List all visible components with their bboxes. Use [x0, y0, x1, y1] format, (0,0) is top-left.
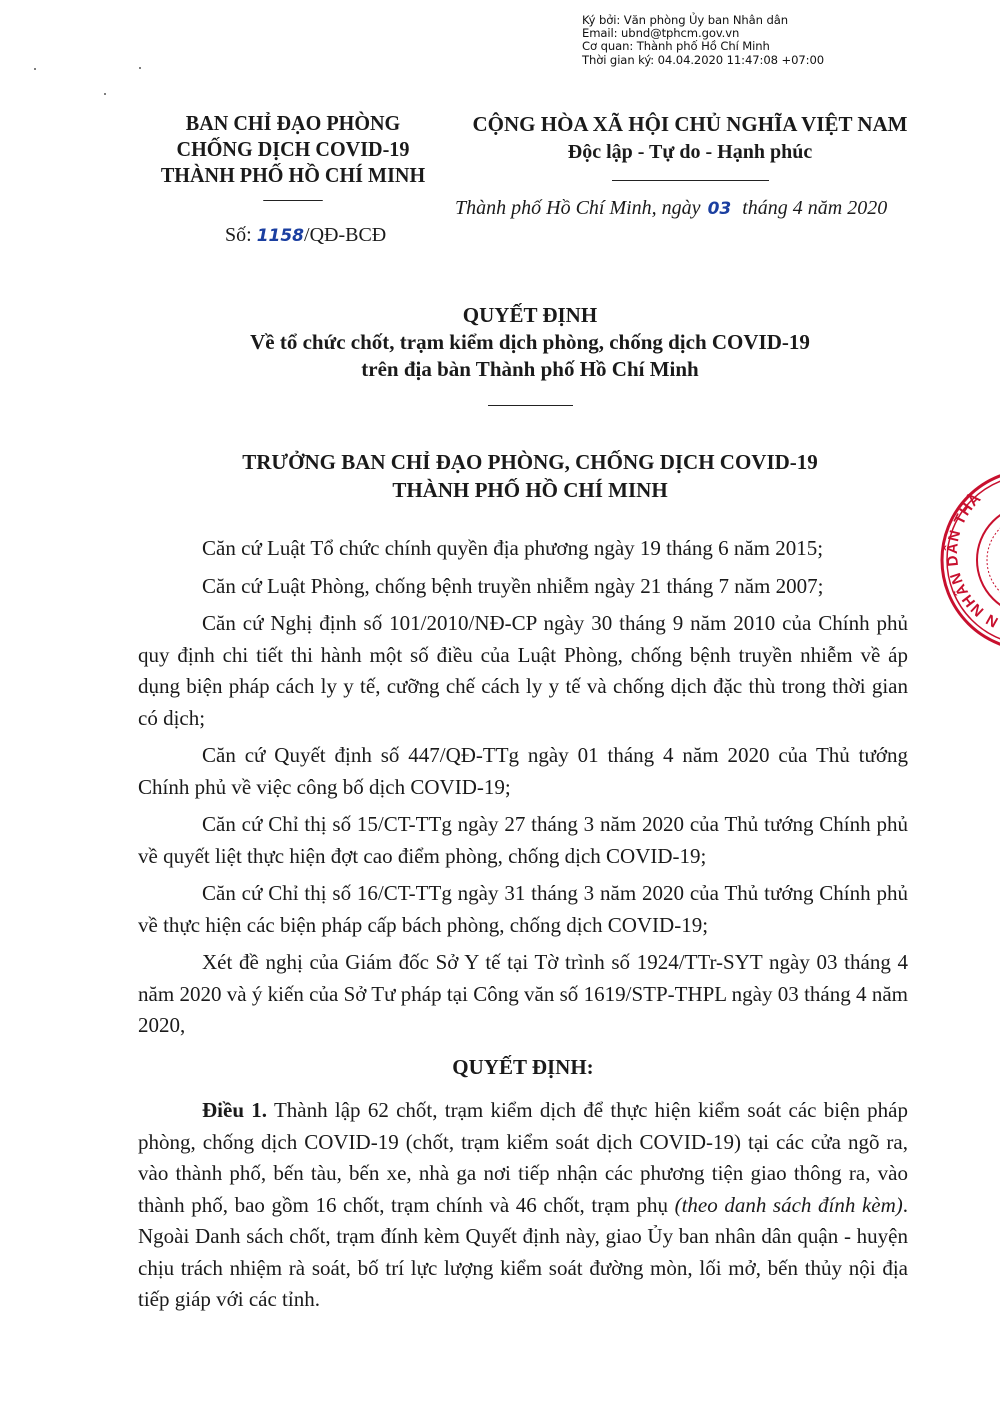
title-heading: QUYẾT ĐỊNH: [130, 302, 930, 329]
date-prefix: Thành phố Hồ Chí Minh, ngày: [455, 197, 706, 219]
svg-text:BAN NHÂN DÂN THÀ: BAN NHÂN DÂN THÀ: [943, 489, 1000, 638]
seal-text: BAN NHÂN DÂN THÀ: [943, 489, 1000, 638]
signature-time: Thời gian ký: 04.04.2020 11:47:08 +07:00: [582, 54, 824, 67]
legal-basis: Căn cứ Nghị định số 101/2010/NĐ-CP ngày …: [138, 608, 908, 734]
legal-basis: Căn cứ Chỉ thị số 15/CT-TTg ngày 27 thán…: [138, 809, 908, 872]
national-name: CỘNG HÒA XÃ HỘI CHỦ NGHĨA VIỆT NAM: [440, 110, 940, 138]
title-divider: [488, 405, 573, 406]
document-number: Số: 1158/QĐ-BCĐ: [225, 224, 386, 247]
authority-line: TRƯỞNG BAN CHỈ ĐẠO PHÒNG, CHỐNG DỊCH COV…: [130, 448, 930, 476]
legal-basis: Căn cứ Luật Tổ chức chính quyền địa phươ…: [138, 533, 908, 565]
title-subject: trên địa bàn Thành phố Hồ Chí Minh: [130, 356, 930, 383]
issuer-line: THÀNH PHỐ HỒ CHÍ MINH: [135, 162, 452, 188]
issuer-underline: [263, 200, 323, 201]
date-suffix: tháng 4 năm 2020: [737, 197, 887, 219]
motto-underline: [612, 180, 769, 181]
doc-number-suffix: /QĐ-BCĐ: [304, 224, 386, 246]
legal-basis: Xét đề nghị của Giám đốc Sở Y tế tại Tờ …: [138, 947, 908, 1042]
scan-speck: [104, 93, 106, 95]
handwritten-doc-number: 1158: [257, 226, 304, 246]
legal-basis: Căn cứ Quyết định số 447/QĐ-TTg ngày 01 …: [138, 740, 908, 803]
document-body: Căn cứ Luật Tổ chức chính quyền địa phươ…: [138, 533, 908, 1322]
doc-number-prefix: Số:: [225, 224, 257, 246]
handwritten-day: 03: [708, 199, 732, 219]
legal-basis: Căn cứ Luật Phòng, chống bệnh truyền nhi…: [138, 571, 908, 603]
signature-agency: Cơ quan: Thành phố Hồ Chí Minh: [582, 40, 824, 53]
decision-heading: QUYẾT ĐỊNH:: [138, 1052, 908, 1084]
scan-speck: [34, 68, 36, 70]
article-1-label: Điều 1.: [202, 1098, 267, 1122]
article-1: Điều 1. Thành lập 62 chốt, trạm kiểm dịc…: [138, 1095, 908, 1316]
digital-signature-block: Ký bởi: Văn phòng Ủy ban Nhân dân Email:…: [582, 14, 824, 67]
legal-basis: Căn cứ Chỉ thị số 16/CT-TTg ngày 31 thán…: [138, 878, 908, 941]
decision-title: QUYẾT ĐỊNH Về tổ chức chốt, trạm kiểm dị…: [130, 302, 930, 406]
issuer-line: BAN CHỈ ĐẠO PHÒNG: [135, 110, 452, 136]
scan-speck: [139, 67, 141, 69]
official-seal-icon: BAN NHÂN DÂN THÀ: [932, 460, 1000, 660]
article-1-note: (theo danh sách đính kèm): [675, 1193, 903, 1217]
authority-heading: TRƯỞNG BAN CHỈ ĐẠO PHÒNG, CHỐNG DỊCH COV…: [130, 448, 930, 504]
authority-line: THÀNH PHỐ HỒ CHÍ MINH: [130, 476, 930, 504]
national-motto: Độc lập - Tự do - Hạnh phúc: [440, 138, 940, 166]
national-header: CỘNG HÒA XÃ HỘI CHỦ NGHĨA VIỆT NAM Độc l…: [440, 110, 940, 181]
date-line: Thành phố Hồ Chí Minh, ngày 03 tháng 4 n…: [455, 197, 887, 220]
issuer-header: BAN CHỈ ĐẠO PHÒNG CHỐNG DỊCH COVID-19 TH…: [135, 110, 452, 201]
title-subject: Về tổ chức chốt, trạm kiểm dịch phòng, c…: [130, 329, 930, 356]
issuer-line: CHỐNG DỊCH COVID-19: [135, 136, 452, 162]
